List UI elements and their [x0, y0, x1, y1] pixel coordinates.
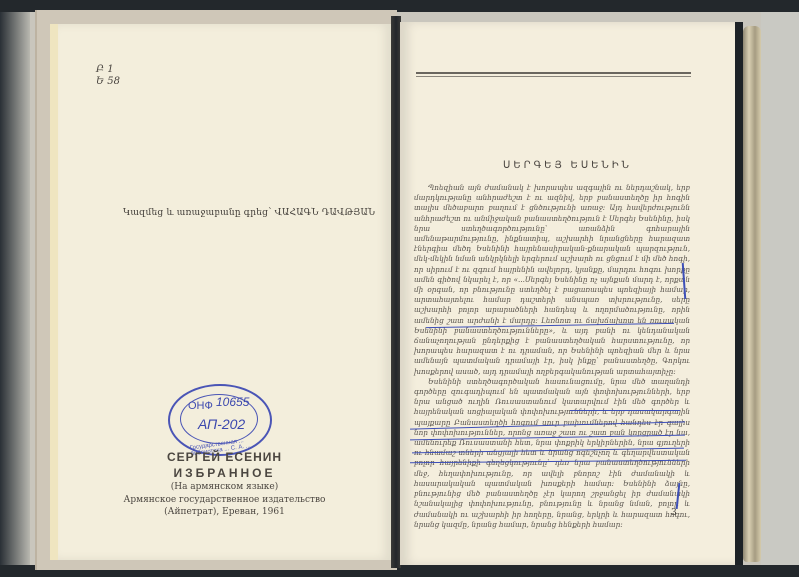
page-number: 3 [671, 508, 677, 518]
paragraph: Պոեզիան այն ժամանակ է խորապես ազգային ու… [414, 183, 690, 377]
scanner-edge-left [0, 12, 30, 565]
book-spine [743, 26, 761, 562]
imprint-language-note: (На армянском языке) [58, 481, 391, 494]
imprint-author: СЕРГЕЙ ЕСЕНИН [58, 450, 391, 465]
pen-underline [570, 410, 680, 411]
stamp-inventory-number: 10655 [216, 395, 249, 409]
library-stamp: ОНФ 10655 АП-202 Государственная ... биб… [168, 384, 272, 456]
header-rule [416, 72, 691, 74]
imprint-place-year: (Айпетрат), Ереван, 1961 [58, 506, 391, 518]
compiler-credit: Կազմեց և առաջաբանը գրեց՝ ՎԱՀԱԳՆ ԴԱՎԹՅԱՆ [123, 208, 375, 218]
call-number-line-1: Բ 1 [96, 64, 120, 76]
header-rule-thin [416, 76, 691, 77]
paragraph: Եսենինի ստեղծագործական հասունացումը, նրա… [414, 377, 690, 530]
imprint-title: ИЗБРАННОЕ [58, 465, 391, 481]
stamp-code: АП-202 [198, 416, 245, 432]
imprint-publisher: Армянское государственное издательство [58, 494, 391, 506]
body-text: Պոեզիան այն ժամանակ է խորապես ազգային ու… [414, 183, 690, 530]
scanner-edge-right [761, 12, 799, 565]
endpaper-strip [50, 24, 58, 560]
stamp-fund: ОНФ [188, 400, 213, 412]
call-number: Բ 1 Ե 58 [96, 64, 120, 88]
imprint-block: СЕРГЕЙ ЕСЕНИН ИЗБРАННОЕ (На армянском яз… [58, 450, 391, 518]
page-stack-edge [735, 22, 743, 565]
chapter-title: ՍԵՐԳԵՅ ԵՍԵՆԻՆ [400, 160, 735, 171]
call-number-line-2: Ե 58 [96, 76, 120, 88]
